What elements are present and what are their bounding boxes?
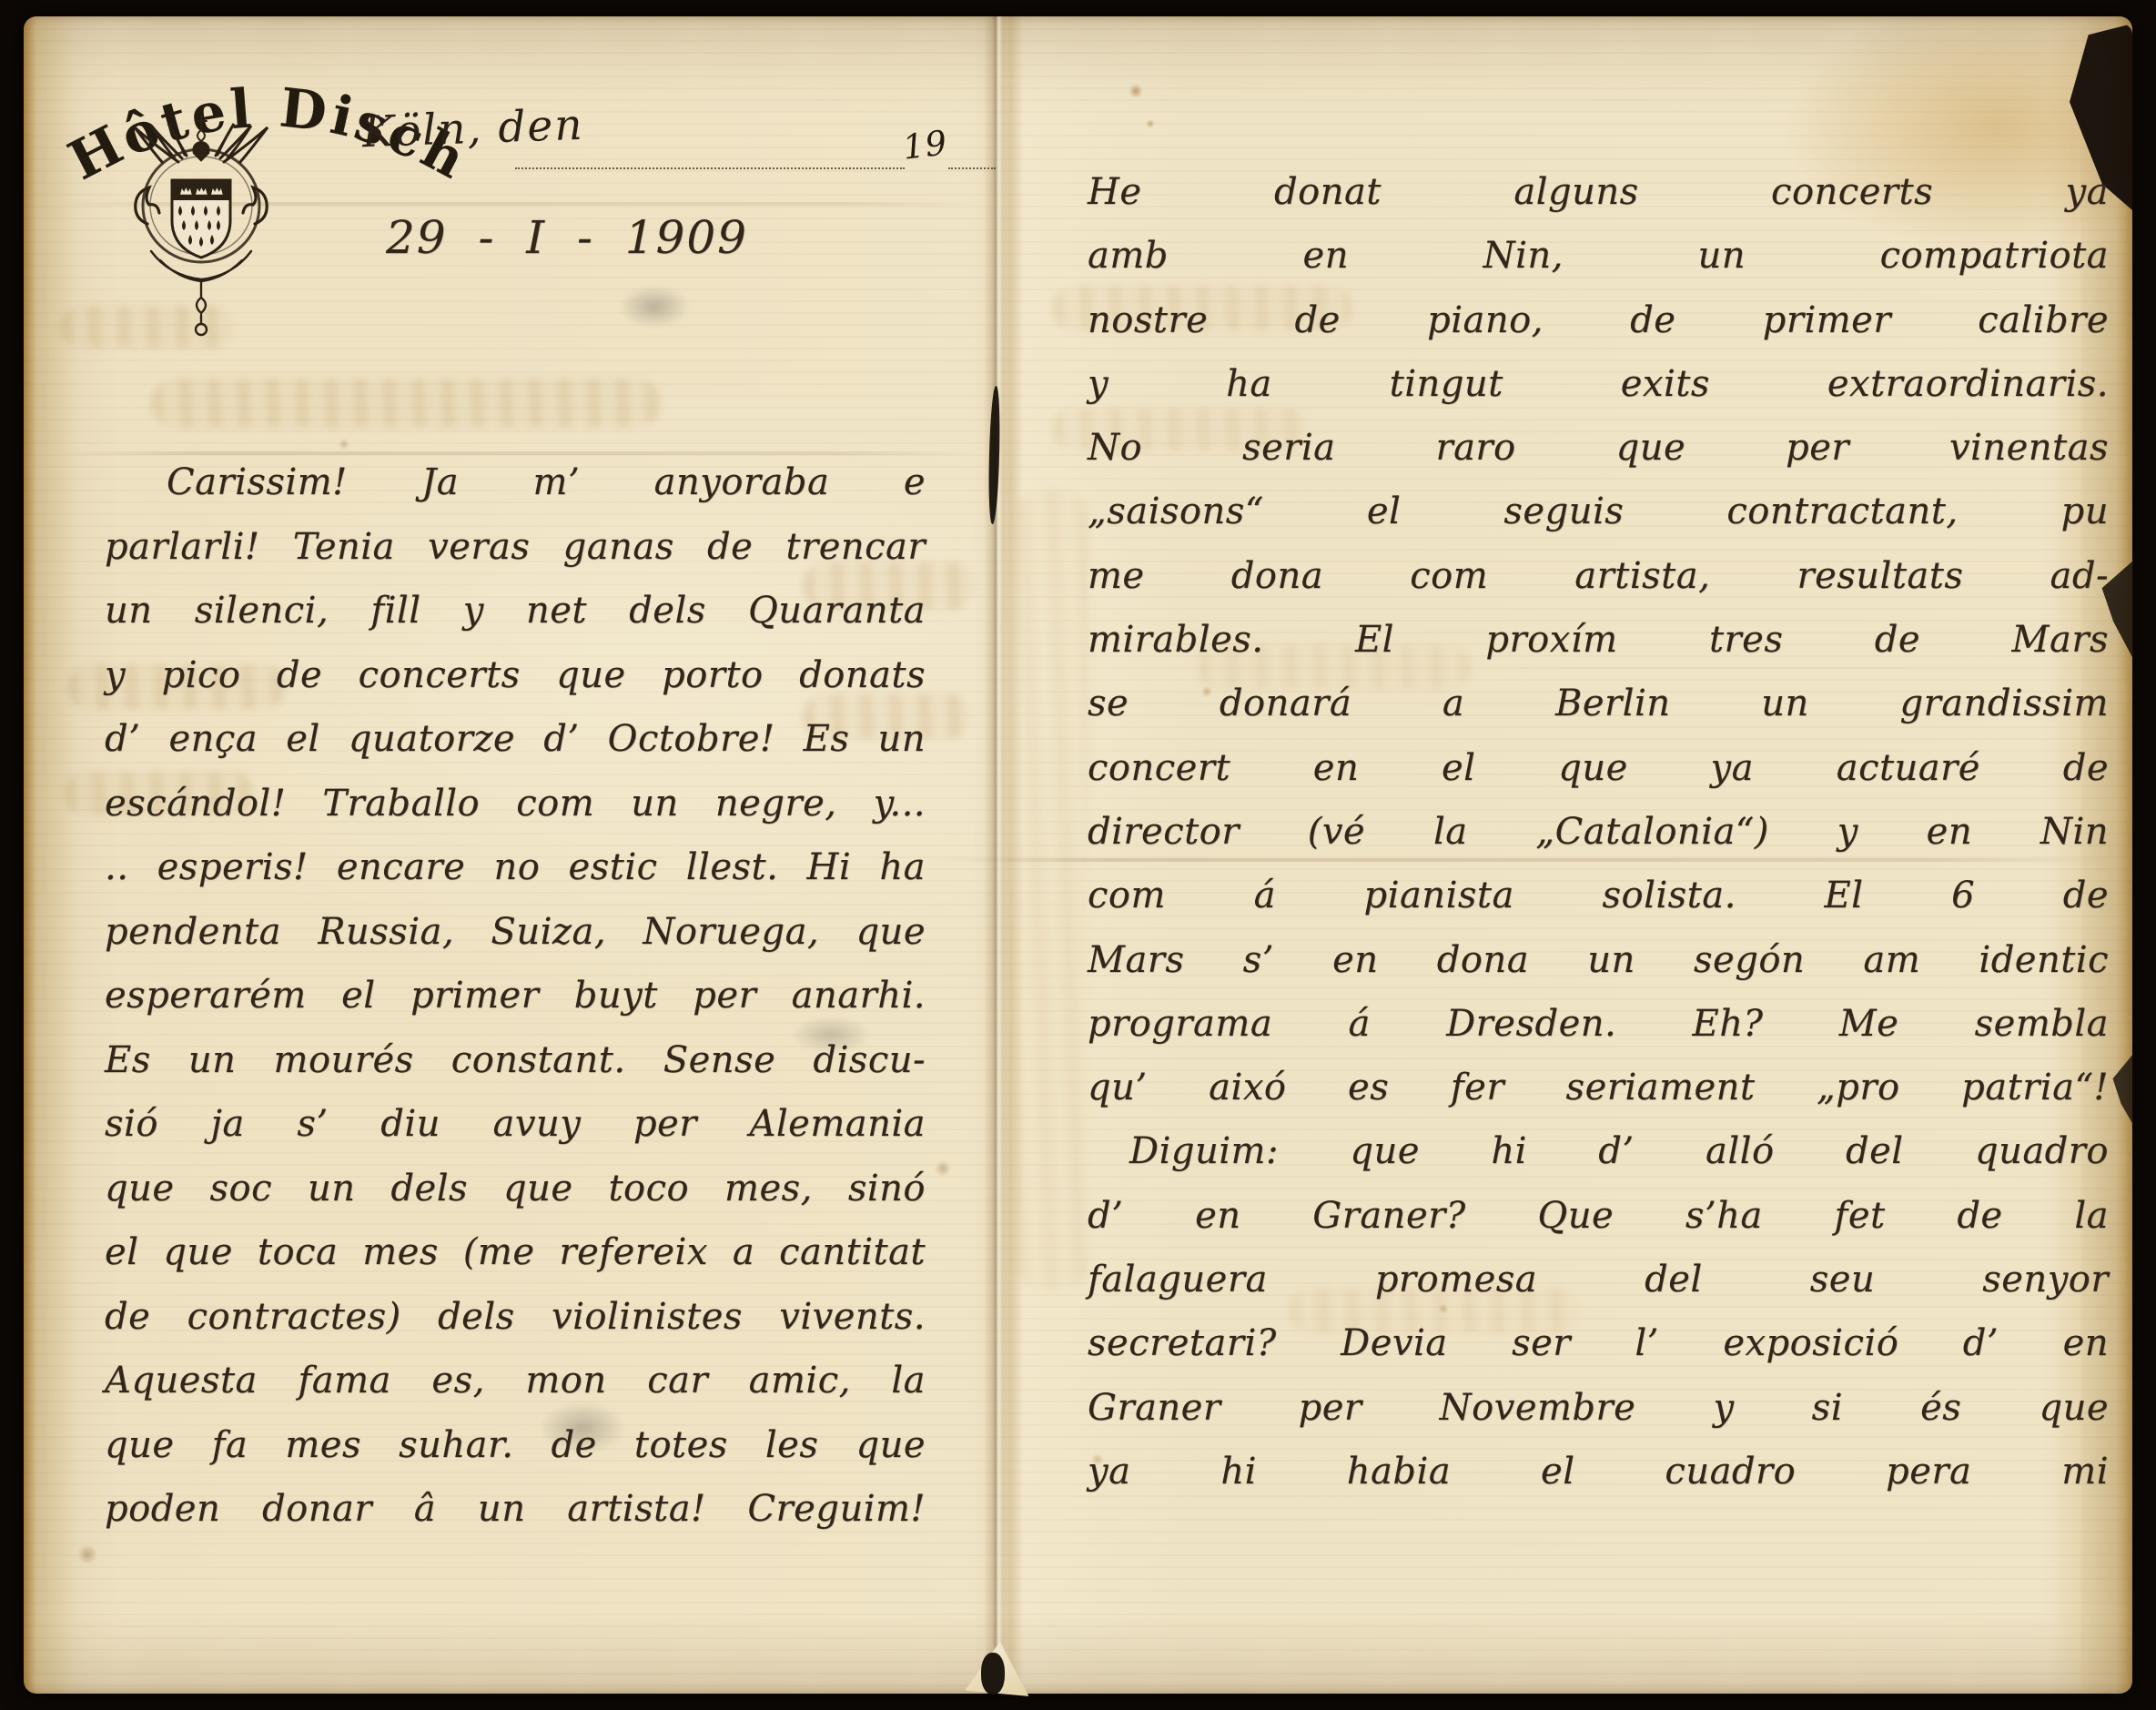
handwritten-line: nostre de piano, de primer calibre <box>1088 288 2109 352</box>
handwritten-line: pendenta Russia, Suiza, Noruega, que <box>105 900 926 965</box>
edge-tear <box>2106 1054 2133 1125</box>
ink-bleedthrough <box>1016 490 1088 1290</box>
handwritten-line: Aquesta fama es, mon car amic, la <box>105 1349 926 1413</box>
handwritten-line: sió ja s’ diu avuy per Alemania <box>105 1092 926 1157</box>
handwritten-line: .. esperis! encare no estic llest. Hi ha <box>105 835 926 900</box>
handwritten-line: de contractes) dels violinistes vivents. <box>105 1285 926 1350</box>
handwritten-line: escándol! Traballo com un negre, y... <box>105 772 926 836</box>
handwritten-date: 29 - I - 1909 <box>386 211 748 264</box>
handwritten-line: d’ ença el quatorze d’ Octobre! Es un <box>105 707 926 772</box>
handwritten-line: se donará a Berlin un grandissim <box>1088 672 2109 735</box>
handwritten-line: com á pianista solista. El 6 de <box>1088 864 2109 927</box>
fold-tear <box>981 1653 1005 1695</box>
handwritten-line: mirables. El proxím tres de Mars <box>1088 608 2109 672</box>
ink-bleedthrough <box>151 379 661 428</box>
handwritten-line: No seria raro que per vinentas <box>1088 416 2109 480</box>
handwritten-line: esperarém el primer buyt per anarhi. <box>105 964 926 1028</box>
handwritten-line: falaguera promesa del seu senyor <box>1088 1248 2109 1311</box>
printed-place-label: Köln, den <box>361 100 584 157</box>
handwritten-line: director (vé la „Catalonia“) y en Nin <box>1088 800 2109 864</box>
handwritten-line: amb en Nin, un compatriota <box>1088 224 2109 288</box>
handwritten-line: Es un mourés constant. Sense discu- <box>105 1028 926 1093</box>
handwritten-line: programa á Dresden. Eh? Me sembla <box>1088 992 2109 1056</box>
handwritten-line: Graner per Novembre y si és que <box>1088 1376 2109 1440</box>
handwritten-line: Carissim! Ja m’ anyoraba e <box>105 450 926 515</box>
handwritten-line: ya hi habia el cuadro pera mi <box>1088 1440 2109 1503</box>
handwritten-line: He donat alguns concerts ya <box>1088 160 2109 224</box>
handwritten-line: un silenci, fill y net dels Quaranta <box>105 579 926 643</box>
handwritten-line: que soc un dels que toco mes, sinó <box>105 1157 926 1221</box>
handwritten-line: Mars s’ en dona un segón am identic <box>1088 928 2109 992</box>
handwritten-line: secretari? Devia ser l’ exposició d’ en <box>1088 1311 2109 1375</box>
printed-year-prefix: 19 <box>901 123 950 167</box>
handwritten-line: „saisons“ el seguis contractant, pu <box>1088 480 2109 543</box>
scanned-letter: Hôtel Disch <box>0 0 2156 1710</box>
letter-paper: Hôtel Disch <box>24 16 2132 1694</box>
right-page-text: He donat alguns concerts yaamb en Nin, u… <box>1088 160 2109 1503</box>
printed-dotted-rule <box>948 167 996 169</box>
left-page-text: Carissim! Ja m’ anyoraba eparlarli! Teni… <box>105 450 926 1542</box>
handwritten-line: concert en el que ya actuaré de <box>1088 736 2109 800</box>
handwritten-line: Diguim: que hi d’ alló del quadro <box>1088 1119 2109 1183</box>
handwritten-line: que fa mes suhar. de totes les que <box>105 1413 926 1478</box>
handwritten-line: parlarli! Tenia veras ganas de trencar <box>105 515 926 580</box>
handwritten-line: y ha tingut exits extraordinaris. <box>1088 352 2109 416</box>
handwritten-line: y pico de concerts que porto donats <box>105 643 926 708</box>
handwritten-line: me dona com artista, resultats ad- <box>1088 544 2109 608</box>
handwritten-line: poden donar â un artista! Creguim! <box>105 1477 926 1542</box>
ink-smudge <box>619 285 690 329</box>
handwritten-line: qu’ aixó es fer seriament „pro patria“! <box>1088 1056 2109 1119</box>
hotel-crest-icon <box>115 111 288 339</box>
handwritten-line: d’ en Graner? Que s’ha fet de la <box>1088 1184 2109 1248</box>
printed-dotted-rule <box>515 167 905 169</box>
fold-crease <box>984 16 1007 1694</box>
handwritten-line: el que toca mes (me refereix a cantitat <box>105 1220 926 1285</box>
